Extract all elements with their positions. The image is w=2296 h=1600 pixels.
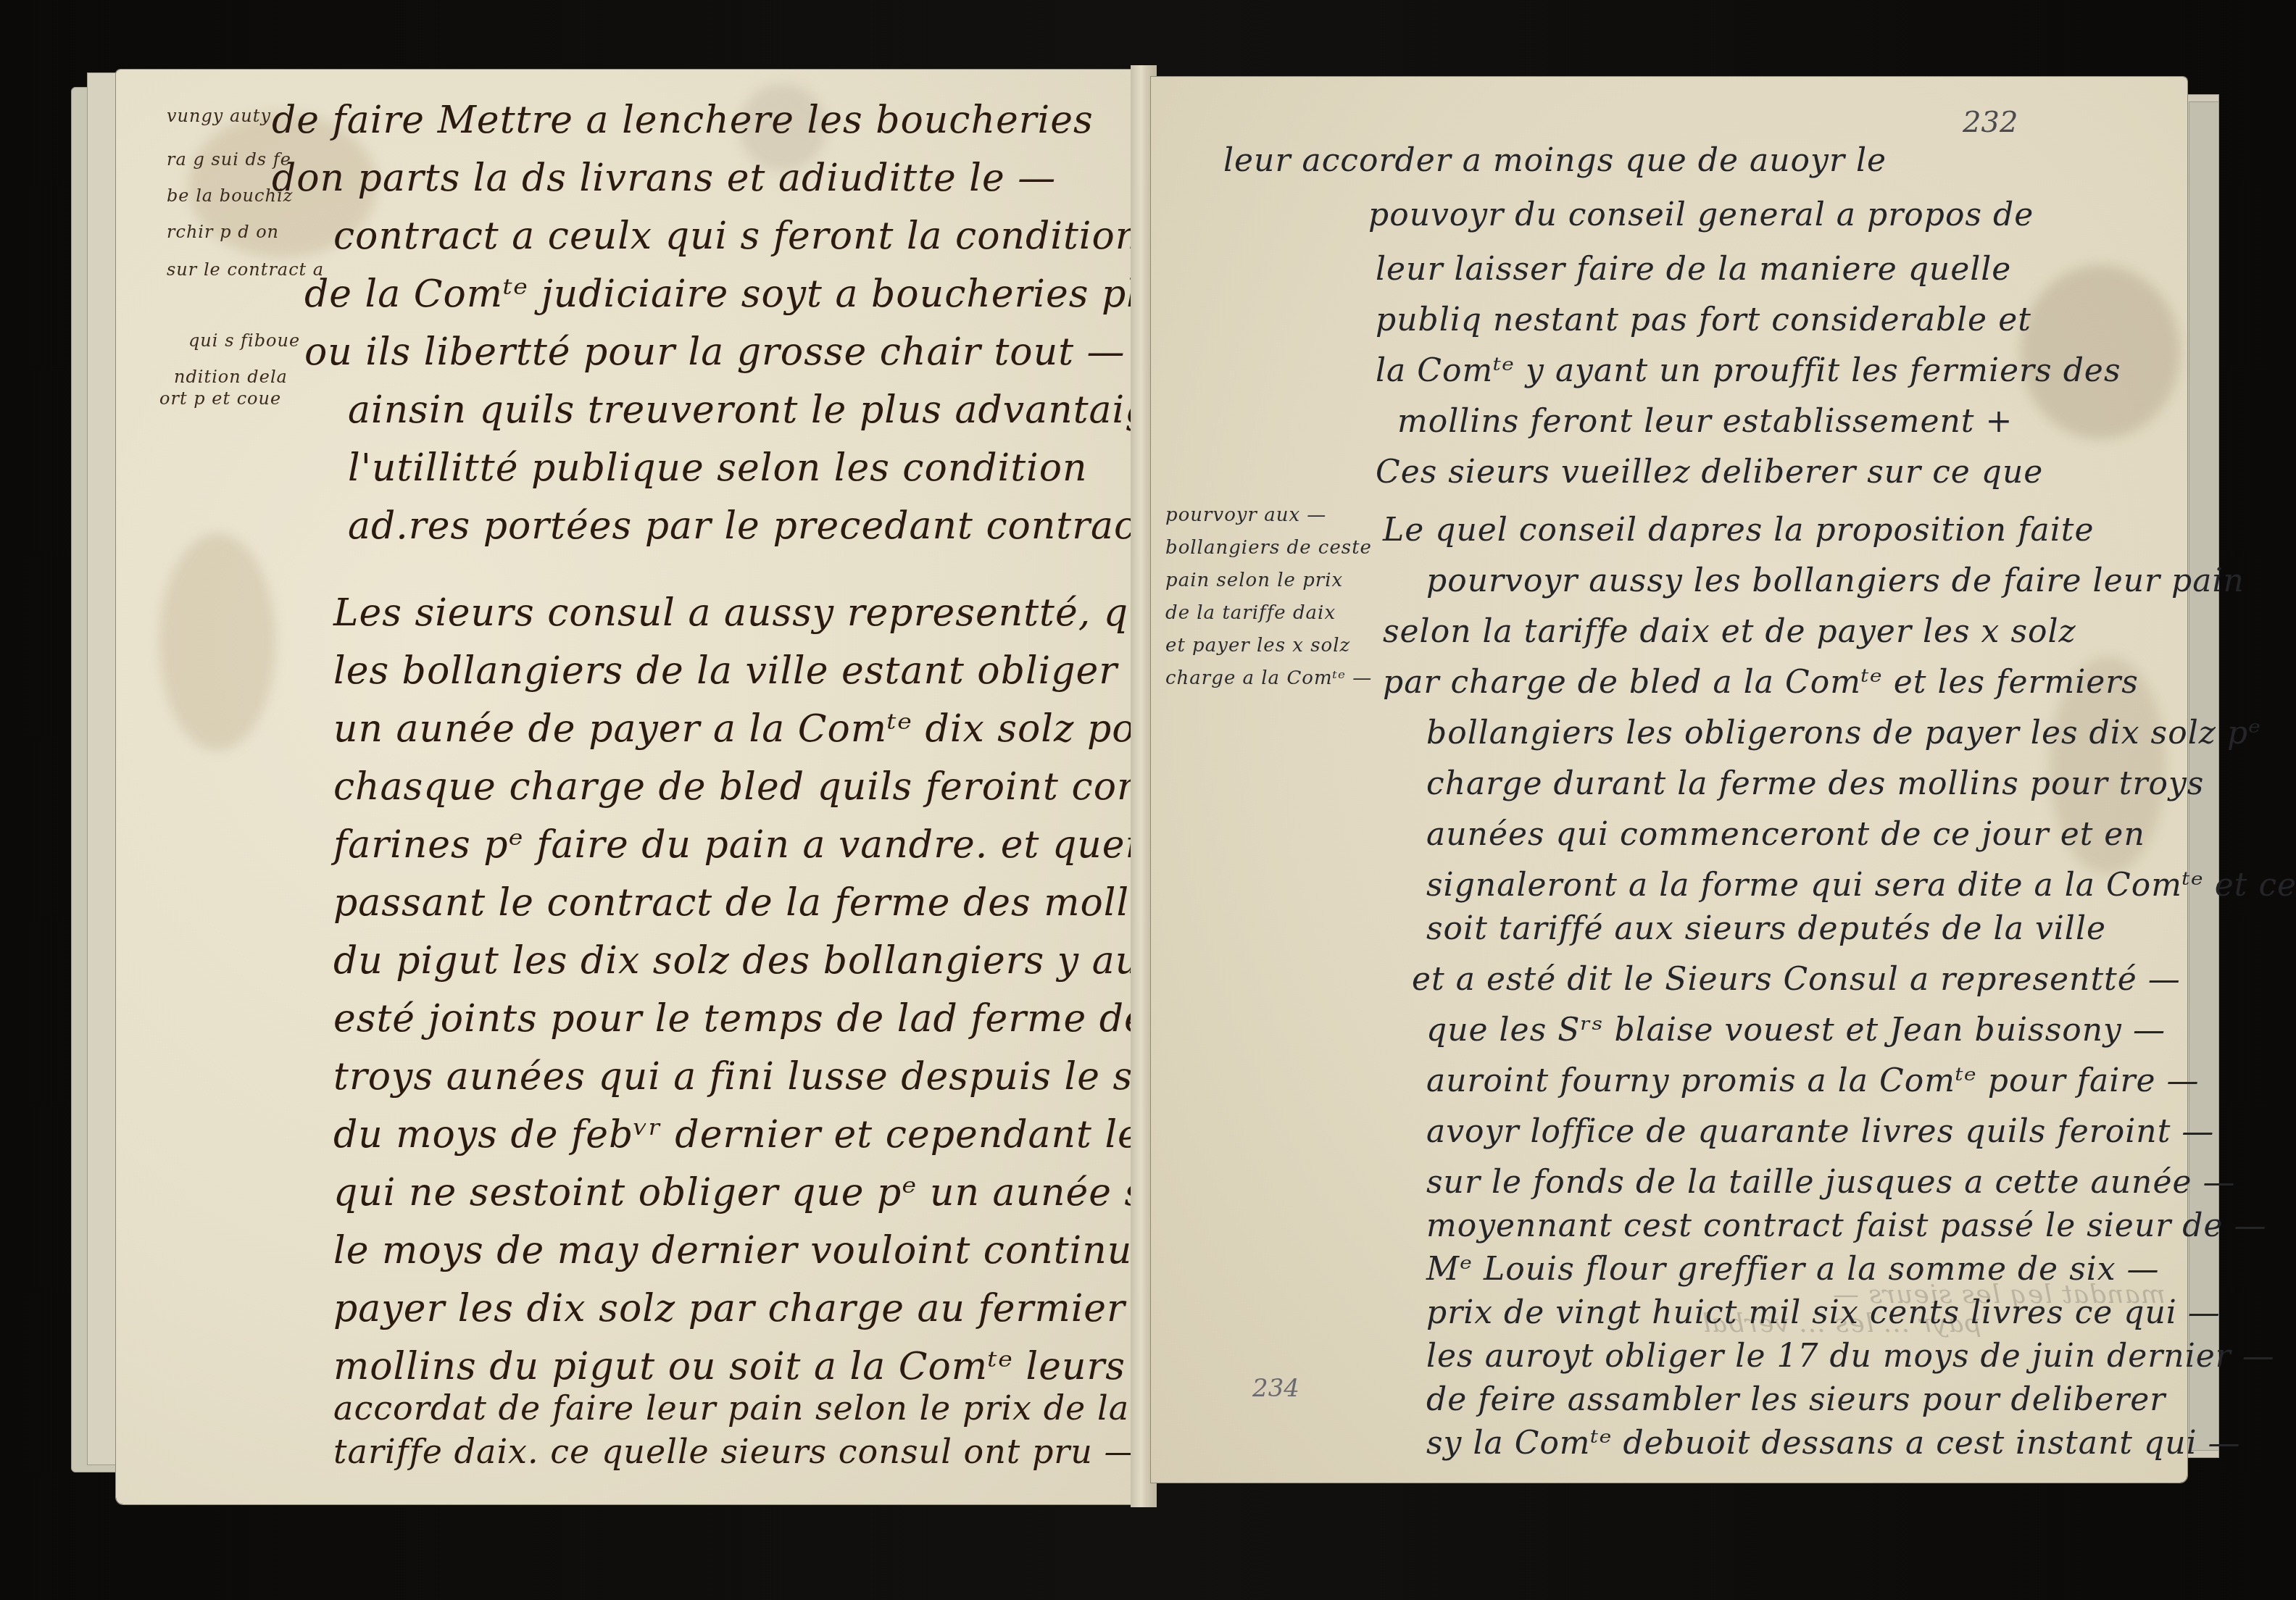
text-line: bollangiers les obligerons de payer les … [1426,714,2261,751]
text-line: leur laisser faire de la maniere quelle [1376,251,2011,288]
text-line: Les sieurs consul a aussy representté, q… [333,591,1228,635]
text-line: Mᵉ Louis flour greffier a la somme de si… [1426,1251,2160,1288]
text-line: charge durant la ferme des mollins pour … [1426,765,2204,802]
text-line: avoyr loffice de quarante livres quils f… [1426,1113,2214,1150]
text-line: les bollangiers de la ville estant oblig… [333,649,1222,693]
text-line: les auroyt obliger le 17 du moys de juin… [1426,1338,2275,1375]
text-line: qui ne sestoint obliger que pᵉ un aunée … [333,1171,1215,1214]
margin-note: pain selon le prix [1165,570,1343,591]
text-line: leur accorder a moings que de auoyr le [1223,142,1887,179]
margin-note: qui s fiboue [188,330,300,351]
right-page: 232 234 mandat leq les sieurs — payr ...… [1151,77,2187,1483]
margin-note: rchir p d on [167,222,279,242]
text-line: soit tariffé aux sieurs deputés de la vi… [1426,910,2106,947]
text-line: ad.res portées par le precedant contract… [348,504,1203,548]
margin-note: pourvoyr aux — [1165,504,1326,526]
text-line: signaleront a la forme qui sera dite a l… [1426,867,2296,904]
margin-note: bollangiers de ceste [1165,537,1372,559]
water-stain [159,533,275,751]
text-line: farines pᵉ faire du pain a vandre. et qu… [333,823,1202,867]
margin-note: vungy auty [167,106,271,126]
text-line: tariffe daix. ce quelle sieurs consul on… [333,1432,1139,1471]
text-line: payer les dix solz par charge au fermier… [333,1287,1206,1330]
pencil-foliation: 234 [1252,1374,1299,1403]
text-line: auroint fourny promis a la Comᵗᵉ pour fa… [1426,1062,2199,1099]
text-line: mollins du pigut ou soit a la Comᵗᵉ leur… [333,1345,1177,1388]
text-line: de feire assambler les sieurs pour delib… [1426,1381,2166,1418]
text-line: accordat de faire leur pain selon le pri… [333,1388,1129,1428]
text-line: selon la tariffe daix et de payer les x … [1383,613,2076,650]
text-line: publiq nestant pas fort considerable et [1376,301,2031,338]
text-line: pouvoyr du conseil general a propos de [1368,196,2034,233]
text-line: sur le fonds de la taille jusques a cett… [1426,1164,2235,1201]
text-line: l'utillitté publique selon les condition [348,446,1088,490]
text-line: par charge de bled a la Comᵗᵉ et les fer… [1383,664,2139,701]
text-line: sy la Comᵗᵉ debuoit dessans a cest insta… [1426,1425,2241,1462]
text-line: don parts la ds livrans et adiuditte le … [272,157,1056,200]
text-line: Le quel conseil dapres la proposition fa… [1383,512,2094,549]
text-line: passant le contract de la ferme des moll… [333,881,1187,925]
text-line: un aunée de payer a la Comᵗᵉ dix solz po… [333,707,1230,751]
text-line: que les Sʳˢ blaise vouest et Jean buisso… [1426,1012,2166,1049]
text-line: prix de vingt huict mil six cents livres… [1426,1294,2221,1331]
text-line: de la Com‍ᵗᵉ judiciaire soyt a boucherie… [304,272,1207,316]
text-line: troys aunées qui a fini lusse despuis le… [333,1055,1251,1099]
text-line: contract a ceulx qui s feront la conditi… [333,214,1191,258]
margin-note: ndition dela [174,367,288,387]
folio-number: 232 [1963,106,2018,139]
text-line: Ces sieurs vueillez deliberer sur ce que [1376,454,2043,491]
text-line: de faire Mettre a lenchere les boucherie… [272,99,1094,142]
text-line: mollins feront leur establissement + [1397,403,2013,440]
text-line: le moys de may dernier vouloint continue… [333,1229,1234,1272]
left-page: vungy auty ra g sui ds fe be la bouchiz … [116,70,1136,1504]
text-line: aunées qui commenceront de ce jour et en [1426,816,2145,853]
text-line: et a esté dit le Sieurs Consul a represe… [1412,961,2181,998]
margin-note: de la tariffe daix [1165,602,1336,624]
text-line: la Comᵗᵉ y ayant un prouffit les fermier… [1376,352,2121,389]
margin-note: et payer les x solz [1165,635,1350,657]
margin-note: ort p et coue [159,388,281,409]
margin-note: sur le contract a [167,259,324,280]
text-line: pourvoyr aussy les bollangiers de faire … [1426,562,2245,599]
margin-note: charge a la Comᵗᵉ — [1165,667,1372,689]
text-line: esté joints pour le temps de lad ferme d… [333,997,1147,1041]
text-line: du pigut les dix solz des bollangiers y … [333,939,1236,983]
text-line: ou ils libertté pour la grosse chair tou… [304,330,1126,374]
text-line: moyennant cest contract faist passé le s… [1426,1207,2266,1244]
